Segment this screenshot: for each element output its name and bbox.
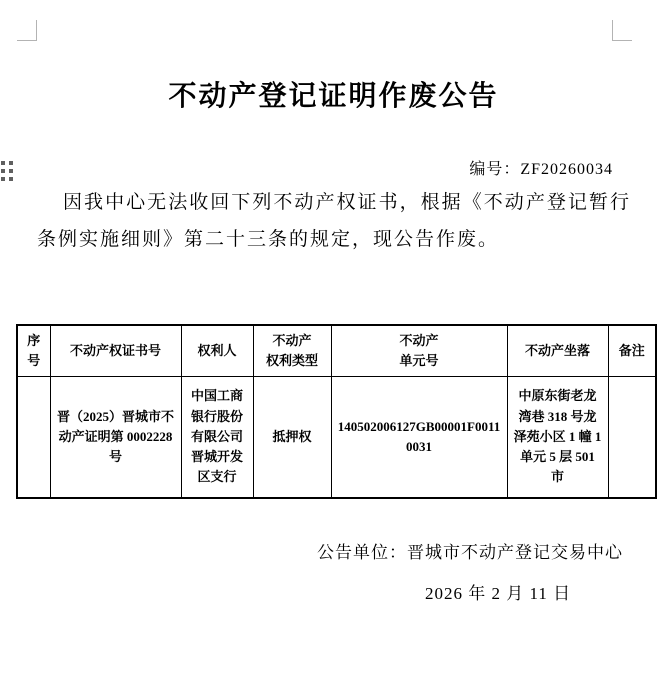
page-title: 不动产登记证明作废公告 xyxy=(0,74,667,114)
header-remark: 备注 xyxy=(608,325,656,376)
header-cert-no: 不动产权证书号 xyxy=(50,325,181,376)
invalidated-certificates-table: 序 号 不动产权证书号 权利人 不动产 权利类型 不动产 单元号 不动产坐落 备… xyxy=(16,324,657,499)
handle-dot xyxy=(9,161,13,165)
cell-right-type: 抵押权 xyxy=(253,376,331,498)
table-header-row: 序 号 不动产权证书号 权利人 不动产 权利类型 不动产 单元号 不动产坐落 备… xyxy=(17,325,656,376)
cell-unit-no: 140502006127GB00001F00110031 xyxy=(331,376,507,498)
date-line: 2026 年 2 月 11 日 xyxy=(425,579,571,604)
issuer-line: 公告单位：晋城市不动产登记交易中心 xyxy=(317,538,623,563)
handle-dot xyxy=(9,177,13,181)
cell-location: 中原东街老龙湾巷 318 号龙泽苑小区 1 幢 1 单元 5 层 501 市 xyxy=(507,376,608,498)
handle-dot xyxy=(1,161,5,165)
cell-holder: 中国工商银行股份有限公司晋城开发区支行 xyxy=(181,376,253,498)
header-seq: 序 号 xyxy=(17,325,50,376)
page-corner-mark-top-left xyxy=(17,20,37,41)
table-row: 晋（2025）晋城市不动产证明第 0002228 号 中国工商银行股份有限公司晋… xyxy=(17,376,656,498)
page-corner-mark-top-right xyxy=(612,20,632,41)
document-page: 不动产登记证明作废公告 编号：ZF20260034 因我中心无法收回下列不动产权… xyxy=(0,0,667,700)
cell-remark xyxy=(608,376,656,498)
doc-number: 编号：ZF20260034 xyxy=(469,156,613,179)
header-unit-no: 不动产 单元号 xyxy=(331,325,507,376)
cell-cert-no: 晋（2025）晋城市不动产证明第 0002228 号 xyxy=(50,376,181,498)
header-location: 不动产坐落 xyxy=(507,325,608,376)
handle-dot xyxy=(1,169,5,173)
header-holder: 权利人 xyxy=(181,325,253,376)
handle-dot xyxy=(9,169,13,173)
body-paragraph: 因我中心无法收回下列不动产权证书，根据《不动产登记暂行条例实施细则》第二十三条的… xyxy=(37,184,631,258)
cell-seq xyxy=(17,376,50,498)
handle-dot xyxy=(1,177,5,181)
table-move-handle-icon[interactable] xyxy=(1,161,13,181)
header-right-type: 不动产 权利类型 xyxy=(253,325,331,376)
